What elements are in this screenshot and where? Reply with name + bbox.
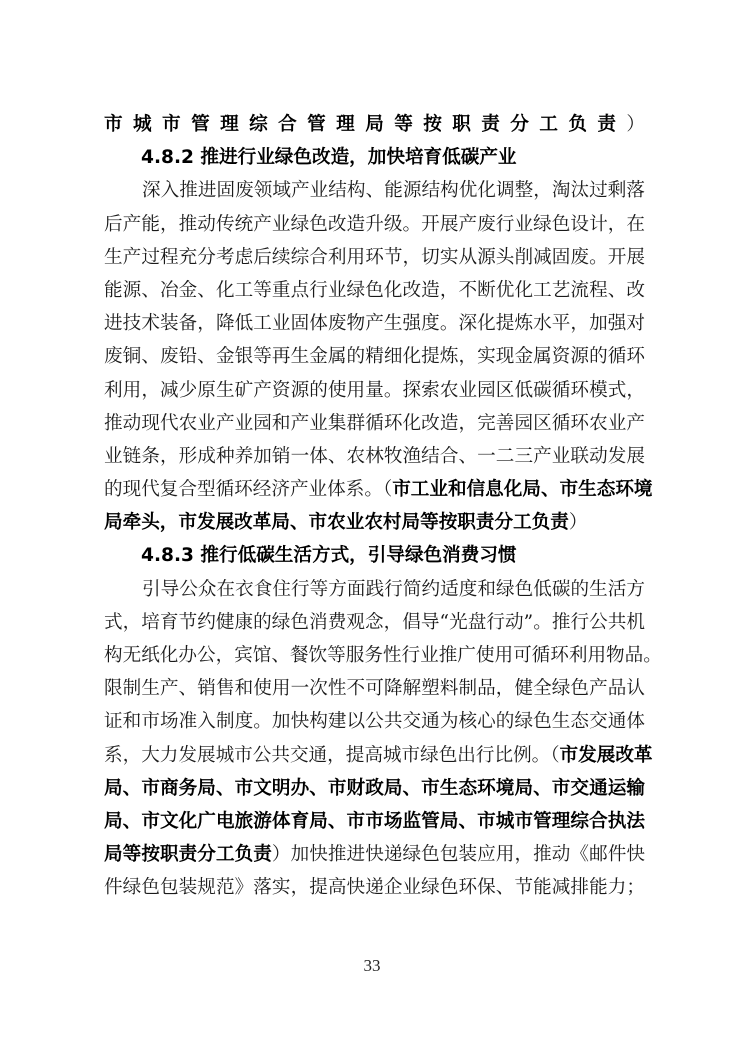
body-text-line: 局牵头，市发展改革局、市农业农村局等按职责分工负责） <box>104 506 645 539</box>
body-text: 件绿色包装规范》落实，提高快递企业绿色环保、节能减排能力； <box>104 877 645 898</box>
page-number: 33 <box>0 956 744 976</box>
body-text: ） <box>626 114 645 135</box>
body-text-line: 引导公众在衣食住行等方面践行简约适度和绿色低碳的生活方 <box>104 573 645 606</box>
body-text: 系，大力发展城市公共交通，提高城市绿色出行比例。（ <box>104 745 560 766</box>
body-text: 的现代复合型循环经济产业体系。（ <box>104 479 392 500</box>
section-heading: 4.8.2 推进行业绿色改造，加快培育低碳产业 <box>104 141 645 174</box>
responsible-agency-text: 局、市商务局、市文明办、市财政局、市生态环境局、市交通运输 <box>104 778 645 799</box>
body-text-line: 构无纸化办公，宾馆、餐饮等服务性行业推广使用可循环利用物品。 <box>104 639 645 672</box>
body-text: 生产过程充分考虑后续综合利用环节，切实从源头削减固废。开展 <box>104 247 645 268</box>
body-text-line: 市城市管理综合管理局等按职责分工负责） <box>104 108 645 141</box>
body-text: 限制生产、销售和使用一次性不可降解塑料制品，健全绿色产品认 <box>104 678 645 699</box>
responsible-agency-text: 局、市文化广电旅游体育局、市市场监管局、市城市管理综合执法 <box>104 811 645 832</box>
document-page: 市城市管理综合管理局等按职责分工负责）4.8.2 推进行业绿色改造，加快培育低碳… <box>104 108 645 905</box>
body-text: 能源、冶金、化工等重点行业绿色化改造，不断优化工艺流程、改 <box>104 280 645 301</box>
responsible-agency-text: 局等按职责分工负责 <box>104 844 272 865</box>
body-text-line: 局、市文化广电旅游体育局、市市场监管局、市城市管理综合执法 <box>104 805 645 838</box>
body-text-line: 业链条，形成种养加销一体、农林牧渔结合、一二三产业联动发展 <box>104 440 645 473</box>
body-text-line: 推动现代农业产业园和产业集群循环化改造，完善园区循环农业产 <box>104 407 645 440</box>
body-text: 进技术装备，降低工业固体废物产生强度。深化提炼水平，加强对 <box>104 313 645 334</box>
body-text-line: 系，大力发展城市公共交通，提高城市绿色出行比例。（市发展改革 <box>104 739 645 772</box>
body-text: 废铜、废铅、金银等再生金属的精细化提炼，实现金属资源的循环 <box>104 346 645 367</box>
body-text: 业链条，形成种养加销一体、农林牧渔结合、一二三产业联动发展 <box>104 446 645 467</box>
body-text-line: 局、市商务局、市文明办、市财政局、市生态环境局、市交通运输 <box>104 772 645 805</box>
body-text-line: 局等按职责分工负责）加快推进快递绿色包装应用，推动《邮件快 <box>104 838 645 871</box>
body-text-line: 利用，减少原生矿产资源的使用量。探索农业园区低碳循环模式， <box>104 374 645 407</box>
body-text-line: 后产能，推动传统产业绿色改造升级。开展产废行业绿色设计，在 <box>104 208 645 241</box>
responsible-agency-text: 市城市管理综合管理局等按职责分工负责 <box>104 114 626 135</box>
responsible-agency-text: 市工业和信息化局、市生态环境 <box>392 479 652 500</box>
body-text: 后产能，推动传统产业绿色改造升级。开展产废行业绿色设计，在 <box>104 214 645 235</box>
body-text-line: 生产过程充分考虑后续综合利用环节，切实从源头削减固废。开展 <box>104 241 645 274</box>
body-text-line: 限制生产、销售和使用一次性不可降解塑料制品，健全绿色产品认 <box>104 672 645 705</box>
body-text-line: 证和市场准入制度。加快构建以公共交通为核心的绿色生态交通体 <box>104 705 645 738</box>
body-text-line: 式，培育节约健康的绿色消费观念，倡导“光盘行动”。推行公共机 <box>104 606 645 639</box>
responsible-agency-text: 市发展改革 <box>560 745 653 766</box>
section-heading: 4.8.3 推行低碳生活方式，引导绿色消费习惯 <box>104 539 645 572</box>
body-text: 引导公众在衣食住行等方面践行简约适度和绿色低碳的生活方 <box>142 579 645 600</box>
body-text: 利用，减少原生矿产资源的使用量。探索农业园区低碳循环模式， <box>104 380 645 401</box>
body-text: 证和市场准入制度。加快构建以公共交通为核心的绿色生态交通体 <box>104 711 645 732</box>
body-text: 深入推进固废领域产业结构、能源结构优化调整，淘汰过剩落 <box>142 180 645 201</box>
body-text-line: 件绿色包装规范》落实，提高快递企业绿色环保、节能减排能力； <box>104 871 645 904</box>
body-text: 构无纸化办公，宾馆、餐饮等服务性行业推广使用可循环利用物品。 <box>104 645 662 666</box>
responsible-agency-text: 局牵头，市发展改革局、市农业农村局等按职责分工负责 <box>104 512 569 533</box>
body-text: ）加快推进快递绿色包装应用，推动《邮件快 <box>272 844 645 865</box>
body-text-line: 进技术装备，降低工业固体废物产生强度。深化提炼水平，加强对 <box>104 307 645 340</box>
body-text-line: 深入推进固废领域产业结构、能源结构优化调整，淘汰过剩落 <box>104 174 645 207</box>
body-text: 式，培育节约健康的绿色消费观念，倡导“光盘行动”。推行公共机 <box>104 612 645 633</box>
body-text-line: 能源、冶金、化工等重点行业绿色化改造，不断优化工艺流程、改 <box>104 274 645 307</box>
body-text: ） <box>569 512 588 533</box>
body-text-line: 的现代复合型循环经济产业体系。（市工业和信息化局、市生态环境 <box>104 473 645 506</box>
body-text-line: 废铜、废铅、金银等再生金属的精细化提炼，实现金属资源的循环 <box>104 340 645 373</box>
body-text: 推动现代农业产业园和产业集群循环化改造，完善园区循环农业产 <box>104 413 645 434</box>
